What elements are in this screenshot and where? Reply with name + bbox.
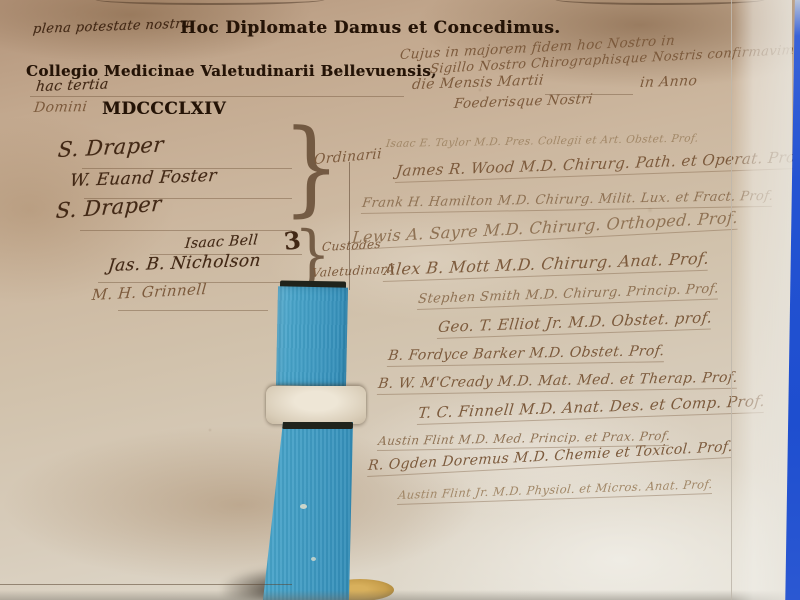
ribbon-slit-shadow [282, 422, 353, 429]
in-anno-script: in Anno [639, 73, 698, 91]
parchment-strap-over-ribbon [266, 386, 366, 424]
blank-rule [30, 96, 404, 97]
signature-rule [118, 310, 268, 311]
blue-ribbon-upper [276, 286, 348, 386]
diploma-photo: plena potestate nostra. Hoc Diplomate Da… [0, 0, 800, 600]
domini-label: Domini [33, 99, 88, 116]
parchment-fold-edge [731, 0, 792, 600]
printed-grant-line: Hoc Diplomate Damus et Concedimus. [180, 18, 561, 38]
bottom-crease [0, 584, 292, 585]
bottom-table-edge [0, 590, 800, 600]
column-divider-stroke [349, 162, 350, 290]
day-handwritten: hac tertia [35, 76, 109, 95]
year-roman-numeral: MDCCCLXIV [102, 99, 226, 119]
brace-ordinarii: } [282, 121, 341, 216]
signature-rule [80, 230, 292, 231]
ribbon-scuff [300, 504, 307, 509]
